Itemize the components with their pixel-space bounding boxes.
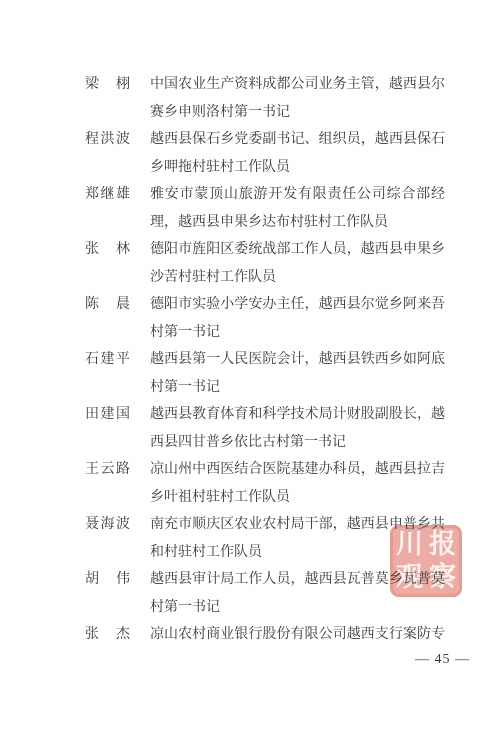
person-title: 凉山农村商业银行股份有限公司越西支行案防专 <box>150 621 445 649</box>
person-name: 程洪波 <box>85 126 130 154</box>
person-name: 梁栩 <box>85 71 130 99</box>
roster-entry: 陈晨 德阳市实验小学安办主任，越西县尔觉乡阿来吾 村第一书记 <box>85 291 447 346</box>
person-title-line: 越西县第一人民医院会计，越西县铁西乡如阿底 <box>150 346 445 374</box>
person-title-line: 西县四甘普乡依比古村第一书记 <box>150 429 445 457</box>
person-title-line: 赛乡申则洛村第一书记 <box>150 99 445 127</box>
person-name: 聂海波 <box>85 511 130 539</box>
person-name: 陈晨 <box>85 291 130 319</box>
roster-entry: 张杰 凉山农村商业银行股份有限公司越西支行案防专 <box>85 621 447 649</box>
person-name: 石建平 <box>85 346 130 374</box>
person-title-line: 越西县教育体育和科学技术局计财股副股长，越 <box>150 401 445 429</box>
roster-entry: 聂海波 南充市顺庆区农业农村局干部，越西县申普乡共 和村驻村工作队员 <box>85 511 447 566</box>
person-title: 凉山州中西医结合医院基建办科员，越西县拉吉 乡叶祖村驻村工作队员 <box>150 456 445 511</box>
person-title: 雅安市蒙顶山旅游开发有限责任公司综合部经 理，越西县申果乡达布村驻村工作队员 <box>150 181 445 236</box>
person-title-line: 中国农业生产资料成都公司业务主管，越西县尔 <box>150 71 445 99</box>
person-name: 张杰 <box>85 621 130 649</box>
person-title-line: 雅安市蒙顶山旅游开发有限责任公司综合部经 <box>150 181 445 209</box>
person-name: 郑继雄 <box>85 181 130 209</box>
person-title: 越西县教育体育和科学技术局计财股副股长，越 西县四甘普乡依比古村第一书记 <box>150 401 445 456</box>
person-title-line: 凉山州中西医结合医院基建办科员，越西县拉吉 <box>150 456 445 484</box>
person-title: 越西县审计局工作人员，越西县瓦普莫乡瓦普莫 村第一书记 <box>150 566 445 621</box>
person-title-line: 乡叶祖村驻村工作队员 <box>150 484 445 512</box>
person-name: 张林 <box>85 236 130 264</box>
person-title-line: 和村驻村工作队员 <box>150 539 445 567</box>
person-title-line: 村第一书记 <box>150 374 445 402</box>
document-page: 川 报 观 察 梁栩 中国农业生产资料成都公司业务主管，越西县尔 赛乡申则洛村第… <box>0 0 502 730</box>
roster-entry: 王云路 凉山州中西医结合医院基建办科员，越西县拉吉 乡叶祖村驻村工作队员 <box>85 456 447 511</box>
person-title: 德阳市实验小学安办主任，越西县尔觉乡阿来吾 村第一书记 <box>150 291 445 346</box>
roster-entry: 田建国 越西县教育体育和科学技术局计财股副股长，越 西县四甘普乡依比古村第一书记 <box>85 401 447 456</box>
person-title: 越西县保石乡党委副书记、组织员，越西县保石 乡呷拖村驻村工作队员 <box>150 126 445 181</box>
page-number: — 45 — <box>415 650 470 670</box>
person-title-line: 村第一书记 <box>150 319 445 347</box>
person-title: 越西县第一人民医院会计，越西县铁西乡如阿底 村第一书记 <box>150 346 445 401</box>
person-title-line: 沙苦村驻村工作队员 <box>150 264 445 292</box>
person-title: 德阳市旌阳区委统战部工作人员，越西县申果乡 沙苦村驻村工作队员 <box>150 236 445 291</box>
person-title-line: 凉山农村商业银行股份有限公司越西支行案防专 <box>150 621 445 649</box>
person-title: 中国农业生产资料成都公司业务主管，越西县尔 赛乡申则洛村第一书记 <box>150 71 445 126</box>
roster-entry: 郑继雄 雅安市蒙顶山旅游开发有限责任公司综合部经 理，越西县申果乡达布村驻村工作… <box>85 181 447 236</box>
person-title-line: 乡呷拖村驻村工作队员 <box>150 154 445 182</box>
person-title-line: 德阳市实验小学安办主任，越西县尔觉乡阿来吾 <box>150 291 445 319</box>
roster-entry: 张林 德阳市旌阳区委统战部工作人员，越西县申果乡 沙苦村驻村工作队员 <box>85 236 447 291</box>
person-title-line: 德阳市旌阳区委统战部工作人员，越西县申果乡 <box>150 236 445 264</box>
roster-list: 梁栩 中国农业生产资料成都公司业务主管，越西县尔 赛乡申则洛村第一书记 程洪波 … <box>85 71 447 649</box>
person-title-line: 村第一书记 <box>150 594 445 622</box>
person-title-line: 理，越西县申果乡达布村驻村工作队员 <box>150 209 445 237</box>
person-title-line: 越西县保石乡党委副书记、组织员，越西县保石 <box>150 126 445 154</box>
person-title: 南充市顺庆区农业农村局干部，越西县申普乡共 和村驻村工作队员 <box>150 511 445 566</box>
roster-entry: 梁栩 中国农业生产资料成都公司业务主管，越西县尔 赛乡申则洛村第一书记 <box>85 71 447 126</box>
person-name: 胡伟 <box>85 566 130 594</box>
person-title-line: 南充市顺庆区农业农村局干部，越西县申普乡共 <box>150 511 445 539</box>
roster-entry: 石建平 越西县第一人民医院会计，越西县铁西乡如阿底 村第一书记 <box>85 346 447 401</box>
person-name: 田建国 <box>85 401 130 429</box>
roster-entry: 胡伟 越西县审计局工作人员，越西县瓦普莫乡瓦普莫 村第一书记 <box>85 566 447 621</box>
roster-entry: 程洪波 越西县保石乡党委副书记、组织员，越西县保石 乡呷拖村驻村工作队员 <box>85 126 447 181</box>
person-title-line: 越西县审计局工作人员，越西县瓦普莫乡瓦普莫 <box>150 566 445 594</box>
person-name: 王云路 <box>85 456 130 484</box>
